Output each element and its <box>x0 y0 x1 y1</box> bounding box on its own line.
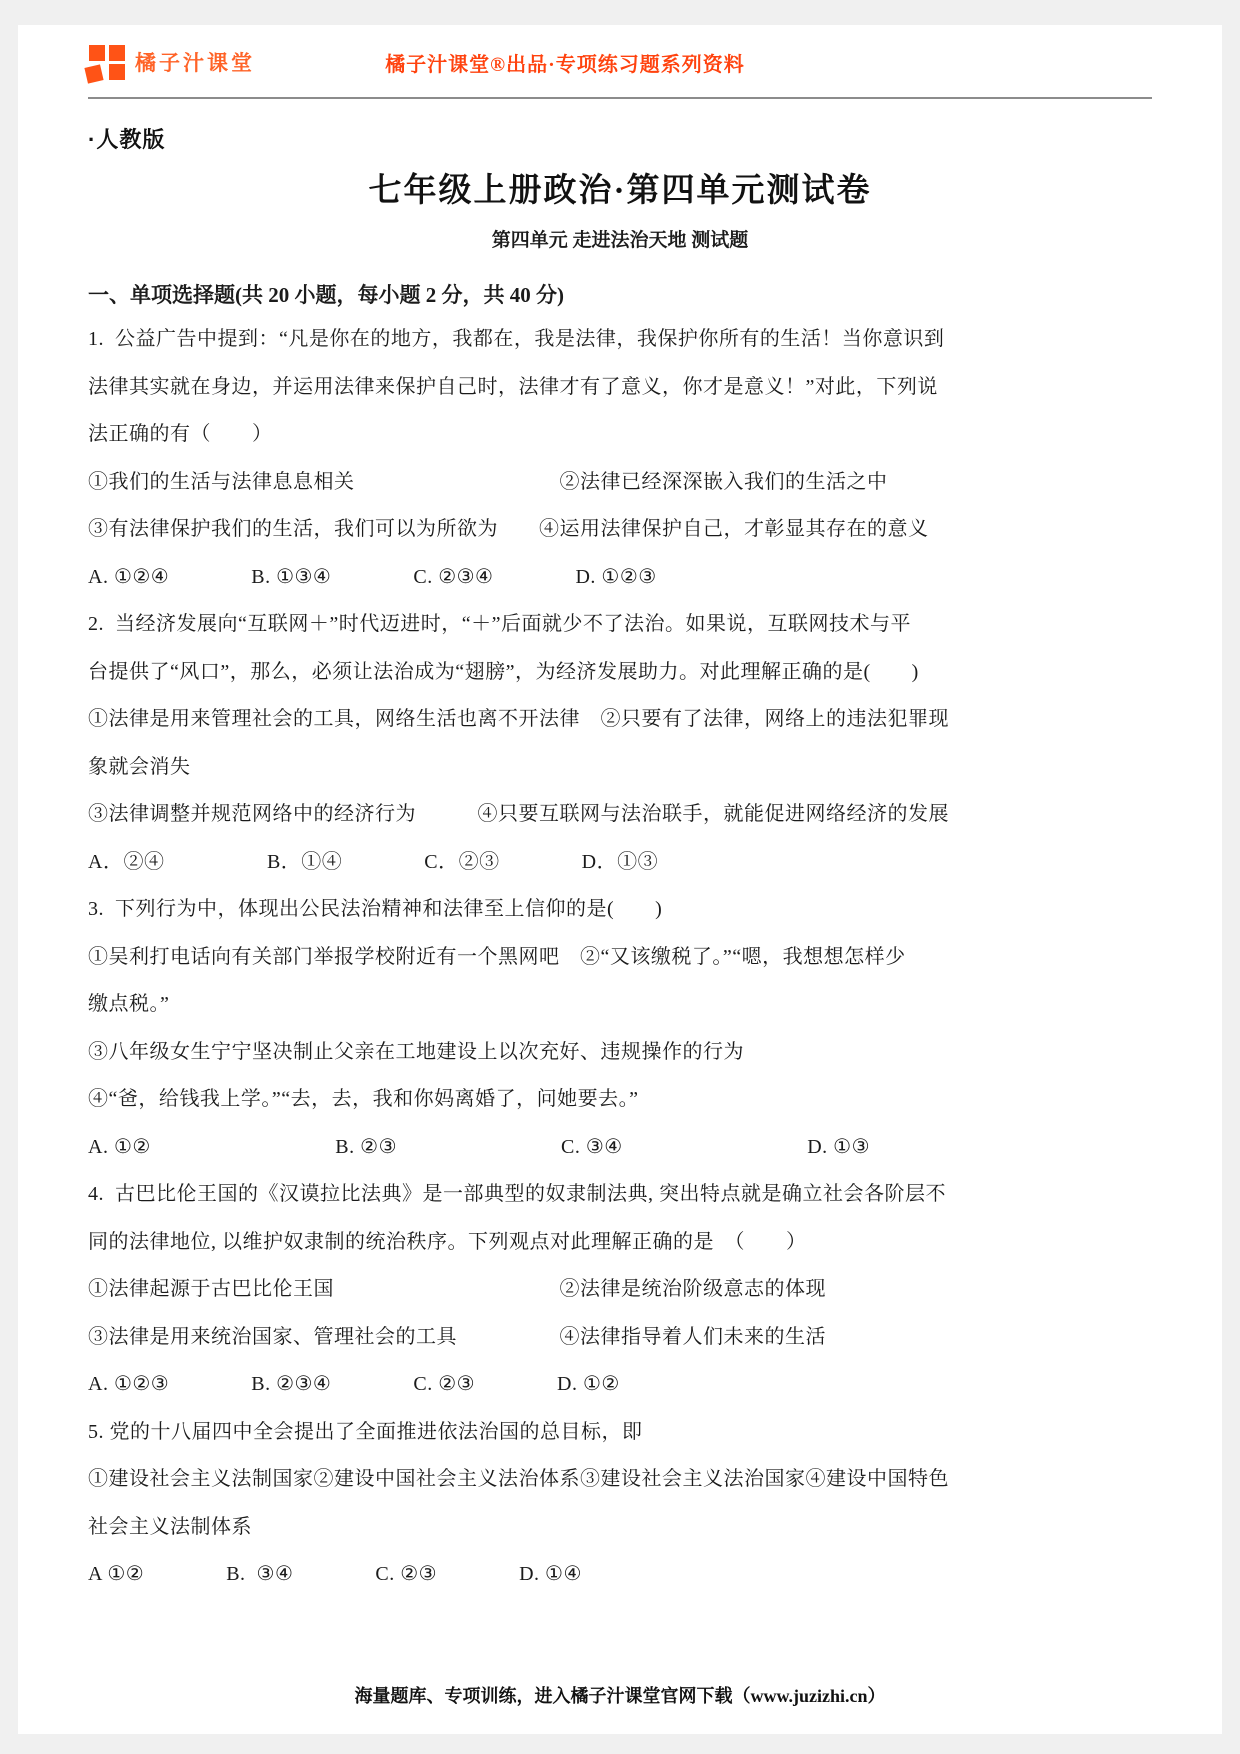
question-2: 2. 当经济发展向“互联网＋”时代迈进时，“＋”后面就少不了法治。如果说，互联网… <box>88 601 1152 886</box>
answer-choices-line: A．②④ B．①④ C．②③ D．①③ <box>88 839 1152 887</box>
question-option-line: 社会主义法制体系 <box>88 1504 1152 1552</box>
question-line: 法正确的有（ ） <box>88 411 1152 459</box>
question-option-line: ③法律是用来统治国家、管理社会的工具 ④法律指导着人们未来的生活 <box>88 1314 1152 1362</box>
header-divider <box>88 97 1152 99</box>
question-option-line: ③八年级女生宁宁坚决制止父亲在工地建设上以次充好、违规操作的行为 <box>88 1029 1152 1077</box>
question-option-line: ③法律调整并规范网络中的经济行为 ④只要互联网与法治联手，就能促进网络经济的发展 <box>88 791 1152 839</box>
question-line: 同的法律地位, 以维护奴隶制的统治秩序。下列观点对此理解正确的是 （ ） <box>88 1219 1152 1267</box>
header-banner: 橘子汁课堂®出品·专项练习题系列资料 <box>88 48 1042 77</box>
page-sheet: 橘子汁课堂 橘子汁课堂®出品·专项练习题系列资料 ·人教版 七年级上册政治·第四… <box>18 25 1222 1734</box>
question-line: 4. 古巴比伦王国的《汉谟拉比法典》是一部典型的奴隶制法典, 突出特点就是确立社… <box>88 1171 1152 1219</box>
question-option-line: ④“爸，给钱我上学。”“去，去，我和你妈离婚了，问她要去。” <box>88 1076 1152 1124</box>
answer-choices-line: A. ①②④ B. ①③④ C. ②③④ D. ①②③ <box>88 554 1152 602</box>
question-option-line: ①我们的生活与法律息息相关 ②法律已经深深嵌入我们的生活之中 <box>88 459 1152 507</box>
question-line: 1. 公益广告中提到：“凡是你在的地方，我都在，我是法律，我保护你所有的生活！当… <box>88 316 1152 364</box>
answer-choices-line: A. ①② B. ②③ C. ③④ D. ①③ <box>88 1124 1152 1172</box>
question-line: 法律其实就在身边，并运用法律来保护自己时，法律才有了意义，你才是意义！”对此，下… <box>88 364 1152 412</box>
question-option-line: 象就会消失 <box>88 744 1152 792</box>
question-option-line: ①吴利打电话向有关部门举报学校附近有一个黑网吧 ②“又该缴税了。”“嗯，我想想怎… <box>88 934 1152 982</box>
question-option-line: ①建设社会主义法制国家②建设中国社会主义法治体系③建设社会主义法治国家④建设中国… <box>88 1456 1152 1504</box>
edition-label: ·人教版 <box>88 123 1152 154</box>
question-option-line: ③有法律保护我们的生活，我们可以为所欲为 ④运用法律保护自己，才彰显其存在的意义 <box>88 506 1152 554</box>
question-5: 5. 党的十八届四中全会提出了全面推进依法治国的总目标，即 ①建设社会主义法制国… <box>88 1409 1152 1599</box>
question-line: 台提供了“风口”，那么，必须让法治成为“翅膀”，为经济发展助力。对此理解正确的是… <box>88 649 1152 697</box>
question-1: 1. 公益广告中提到：“凡是你在的地方，我都在，我是法律，我保护你所有的生活！当… <box>88 316 1152 601</box>
doc-title: 七年级上册政治·第四单元测试卷 <box>88 164 1152 211</box>
question-3: 3. 下列行为中，体现出公民法治精神和法律至上信仰的是( ) ①吴利打电话向有关… <box>88 886 1152 1171</box>
question-line: 3. 下列行为中，体现出公民法治精神和法律至上信仰的是( ) <box>88 886 1152 934</box>
question-4: 4. 古巴比伦王国的《汉谟拉比法典》是一部典型的奴隶制法典, 突出特点就是确立社… <box>88 1171 1152 1409</box>
question-line: 2. 当经济发展向“互联网＋”时代迈进时，“＋”后面就少不了法治。如果说，互联网… <box>88 601 1152 649</box>
question-line: 5. 党的十八届四中全会提出了全面推进依法治国的总目标，即 <box>88 1409 1152 1457</box>
question-option-line: ①法律是用来管理社会的工具，网络生活也离不开法律 ②只要有了法律，网络上的违法犯… <box>88 696 1152 744</box>
page-footer: 海量题库、专项训练，进入橘子汁课堂官网下载（www.juzizhi.cn） <box>18 1682 1222 1708</box>
section-heading: 一、单项选择题(共 20 小题，每小题 2 分，共 40 分) <box>88 274 1152 316</box>
answer-choices-line: A ①② B. ③④ C. ②③ D. ①④ <box>88 1551 1152 1599</box>
question-option-line: 缴点税。” <box>88 981 1152 1029</box>
question-option-line: ①法律起源于古巴比伦王国 ②法律是统治阶级意志的体现 <box>88 1266 1152 1314</box>
page-header: 橘子汁课堂 橘子汁课堂®出品·专项练习题系列资料 <box>88 35 1152 89</box>
answer-choices-line: A. ①②③ B. ②③④ C. ②③ D. ①② <box>88 1361 1152 1409</box>
doc-subtitle: 第四单元 走进法治天地 测试题 <box>88 225 1152 252</box>
